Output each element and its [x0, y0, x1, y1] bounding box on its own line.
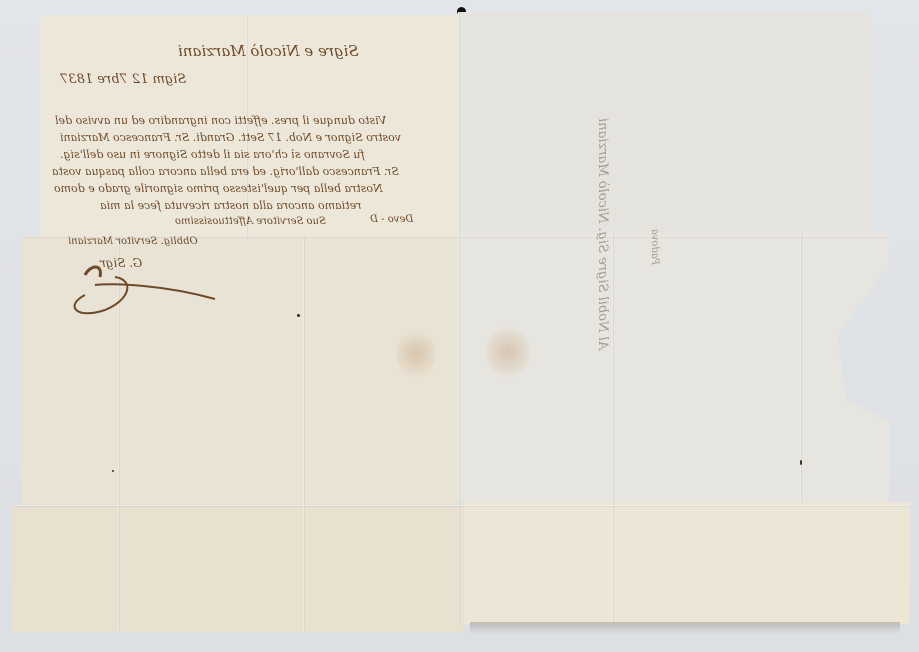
body-line: Sr. Francesco dall'orig. ed era bella an…: [52, 165, 399, 178]
paper-shadow: [470, 622, 900, 634]
seal-stain: [486, 326, 530, 378]
letter-date: Sigm 12 7bre 1837: [60, 72, 186, 87]
closing-line: Suo Servitore Affettuosissimo: [175, 216, 326, 227]
ink-speck: [800, 460, 802, 465]
body-line: Visto dunque il pres. effetti con ingran…: [55, 114, 386, 127]
ink-speck: [112, 470, 114, 472]
address-line: Al Nobil Sigre Sig. Nicolò Marziani: [595, 118, 610, 350]
panel-lower-left: [12, 507, 464, 632]
panel-upper-right: [458, 12, 870, 234]
signature-line: Obblig. Servitor Marziani: [68, 236, 198, 247]
letter-heading: Sigre e Nicolò Marziani: [178, 42, 359, 60]
fold-crease: [303, 236, 305, 631]
fold-crease: [12, 505, 910, 507]
signature-flourish: [55, 255, 225, 325]
closing-line: Devo - D: [370, 214, 413, 225]
address-line: Padova: [649, 229, 660, 265]
seal-stain: [396, 330, 436, 378]
ink-speck: [297, 314, 300, 317]
fold-crease: [612, 232, 614, 622]
body-line: vostro Signor e Nob. 17 Sett. Grandi. Sr…: [60, 131, 401, 144]
body-line: retiamo ancora alla nostra ricevuta fece…: [100, 199, 361, 212]
fold-crease: [458, 12, 460, 627]
body-line: fu Sovrano sì ch'ora sia il detto Signor…: [60, 148, 365, 161]
body-line: Nostra bella per quel'istesso primo sign…: [54, 182, 383, 195]
letter-sheet: Sigre e Nicolò Marziani Sigm 12 7bre 183…: [0, 0, 919, 652]
panel-lower-right: [464, 502, 910, 624]
